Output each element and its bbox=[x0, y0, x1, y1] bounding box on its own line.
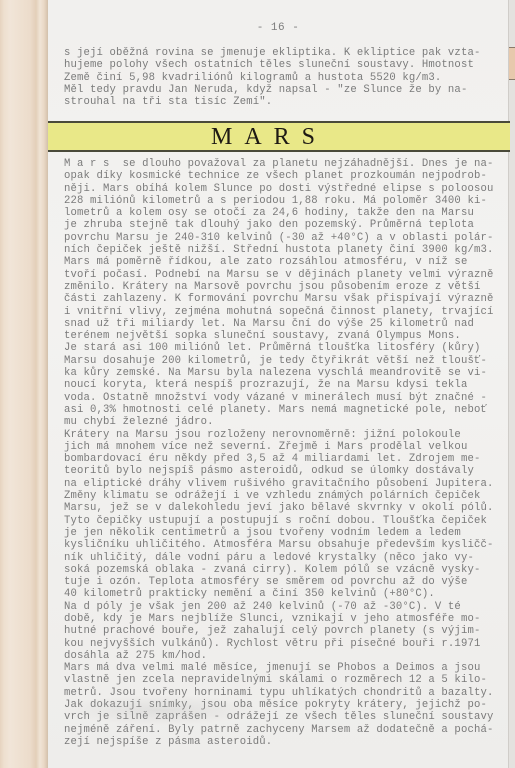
text-line: dosáhla až 275 km/hod. bbox=[64, 650, 508, 662]
page-right-edge bbox=[508, 0, 515, 768]
text-line: Krátery na Marsu jsou rozloženy nerovnom… bbox=[64, 429, 508, 441]
section-title-band: MARS bbox=[48, 121, 510, 152]
text-line: nejméně záření. Byly patrně zachyceny Ma… bbox=[64, 724, 508, 736]
page-edge-tab bbox=[509, 47, 515, 80]
text-line: tvoří počasí. Podnebí na Marsu se v ději… bbox=[64, 269, 508, 281]
text-line: kou nejvyšších vulkánů). Rychlost větru … bbox=[64, 638, 508, 650]
section-title: MARS bbox=[32, 124, 494, 151]
text-line: asi 0,3% hmotnosti celé planety. Mars ne… bbox=[64, 404, 508, 416]
text-line: je zhruba stejně tak dlouhý jako den poz… bbox=[64, 219, 508, 231]
book-spine bbox=[0, 0, 48, 768]
text-line: něji. Mars obíhá kolem Slunce po dosti v… bbox=[64, 183, 508, 195]
page-number: - 16 - bbox=[48, 22, 508, 34]
intro-paragraph: s její oběžná rovina se jmenuje ekliptik… bbox=[64, 47, 508, 108]
text-line: strouhal na tři sta tisíc Zemí". bbox=[64, 96, 508, 108]
text-line: na eliptické dráhy vlivem rušivého gravi… bbox=[64, 478, 508, 490]
text-line: ních čepiček ještě nižší. Střední hustot… bbox=[64, 244, 508, 256]
text-line: M a r s se dlouho považoval za planetu n… bbox=[64, 158, 508, 170]
text-line: kysličníku uhličitého. Atmosféra Marsu o… bbox=[64, 539, 508, 551]
text-line: voda. Ostatně množství vody vázané v min… bbox=[64, 392, 508, 404]
body-text: M a r s se dlouho považoval za planetu n… bbox=[64, 158, 508, 748]
text-line: bombardovací éru někdy před 3,5 až 4 mil… bbox=[64, 453, 508, 465]
text-line: mu chybí železné jádro. bbox=[64, 416, 508, 428]
text-line: Je stará asi 100 miliónů let. Průměrná t… bbox=[64, 342, 508, 354]
text-line: 40 kilometrů prakticky nemění a činí 350… bbox=[64, 588, 508, 600]
text-line: i vnitřní vlivy, zejména mohutná sopečná… bbox=[64, 306, 508, 318]
text-line: je jen několik centimetrů a jsou tvořeny… bbox=[64, 527, 508, 539]
text-line: Marsu dosahuje 200 kilometrů, je tedy čt… bbox=[64, 355, 508, 367]
text-line: soká pozemská oblaka - zvaná cirry). Kol… bbox=[64, 564, 508, 576]
text-line: hujeme polohy všech ostatních těles slun… bbox=[64, 59, 508, 71]
text-line: s její oběžná rovina se jmenuje ekliptik… bbox=[64, 47, 508, 59]
text-line: snad už tři miliardy let. Na Marsu ční d… bbox=[64, 318, 508, 330]
text-line: tuje i ozón. Teplota atmosféry se směrem… bbox=[64, 576, 508, 588]
text-line: opak díky kosmické technice ze všech pla… bbox=[64, 170, 508, 182]
text-line: povrchu Marsu je 240-310 kelvinů (-30 až… bbox=[64, 232, 508, 244]
text-line: terénem největší sopka sluneční soustavy… bbox=[64, 330, 508, 342]
text-line: 228 miliónů kilometrů a s periodou 1,88 … bbox=[64, 195, 508, 207]
text-line: Změny klimatu se odrážejí i ve vzhledu z… bbox=[64, 490, 508, 502]
text-line: lometrů a kolem osy se otočí za 24,6 hod… bbox=[64, 207, 508, 219]
paper-smudge bbox=[60, 695, 260, 725]
text-line: části zahlazeny. K formování povrchu Mar… bbox=[64, 293, 508, 305]
text-line: Marsu, jež se v dalekohledu jeví jako bě… bbox=[64, 502, 508, 514]
text-line: Měl tedy pravdu Jan Neruda, když napsal … bbox=[64, 84, 508, 96]
text-line: Mars má poměrně řídkou, ale zato rozsáhl… bbox=[64, 256, 508, 268]
text-line: Země činí 5,98 kvadriliónů kilogramů a h… bbox=[64, 72, 508, 84]
text-line: ka kůry zemské. Na Marsu byla nalezena v… bbox=[64, 367, 508, 379]
text-line: Mars má dva velmi malé měsíce, jmenují s… bbox=[64, 662, 508, 674]
text-line: době, kdy je Mars nejblíže Slunci, vznik… bbox=[64, 613, 508, 625]
text-line: hutné prachové bouře, jež zahalují celý … bbox=[64, 625, 508, 637]
text-line: Na d póly je však jen 200 až 240 kelvinů… bbox=[64, 601, 508, 613]
text-line: teoritů bylo nejspíš pásmo asteroidů, od… bbox=[64, 465, 508, 477]
text-line: jich má mnohem více než severní. Zřejmě … bbox=[64, 441, 508, 453]
text-line: vlastně jen zcela nepravidelnými skálami… bbox=[64, 674, 508, 686]
text-line: změnilo. Krátery na Marsově povrchu jsou… bbox=[64, 281, 508, 293]
text-line: zejí nejspíše z pásma asteroidů. bbox=[64, 736, 508, 748]
text-line: noucí koryta, která nespíš prozrazují, ž… bbox=[64, 379, 508, 391]
text-line: Tyto čepičky ustupují a postupují s ročn… bbox=[64, 515, 508, 527]
text-line: ník uhličitý, dále vodní páru a ledové k… bbox=[64, 552, 508, 564]
